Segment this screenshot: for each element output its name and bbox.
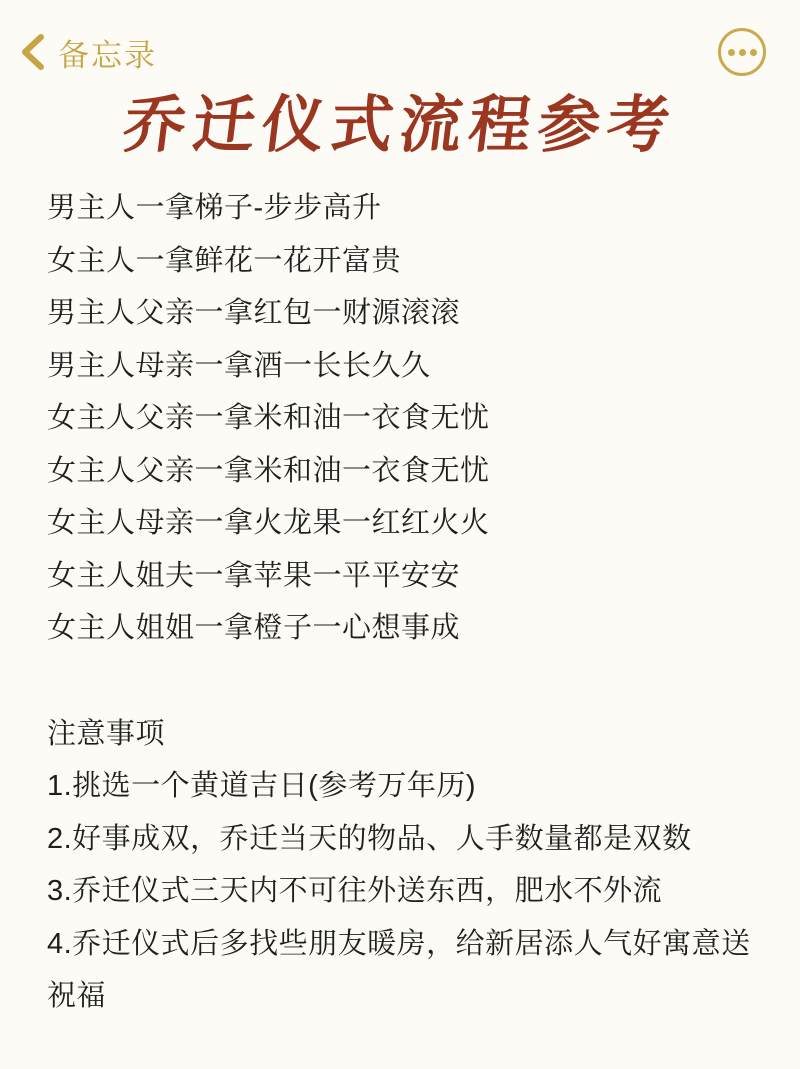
note-line: 女主人父亲一拿米和油一衣食无忧 <box>47 392 769 445</box>
ellipsis-circle-icon <box>728 49 757 56</box>
chevron-left-icon <box>20 33 46 71</box>
note-line: 男主人母亲一拿酒一长长久久 <box>47 340 769 393</box>
note-line: 女主人姐姐一拿橙子一心想事成 <box>47 602 769 655</box>
note-line: 4.乔迁仪式后多找些朋友暖房，给新居添人气好寓意送祝福 <box>47 918 769 1023</box>
back-button-label: 备忘录 <box>58 30 157 75</box>
page-title: 乔迁仪式流程参考 <box>0 90 800 162</box>
note-line: 男主人父亲一拿红包一财源滚滚 <box>47 287 769 340</box>
note-line: 女主人父亲一拿米和油一衣食无忧 <box>47 445 769 498</box>
notes-heading: 注意事项 <box>47 708 769 761</box>
note-line: 女主人母亲一拿火龙果一红红火火 <box>47 497 769 550</box>
back-button[interactable]: 备忘录 <box>20 30 157 75</box>
note-line: 2.好事成双，乔迁当天的物品、人手数量都是双数 <box>47 813 769 866</box>
note-line: 1.挑选一个黄道吉日(参考万年历) <box>47 760 769 813</box>
more-button[interactable] <box>718 28 766 76</box>
note-line: 男主人一拿梯子-步步高升 <box>47 182 769 235</box>
note-line: 女主人姐夫一拿苹果一平平安安 <box>47 550 769 603</box>
note-content[interactable]: 男主人一拿梯子-步步高升 女主人一拿鲜花一花开富贵 男主人父亲一拿红包一财源滚滚… <box>0 162 800 1023</box>
note-line: 3.乔迁仪式三天内不可往外送东西，肥水不外流 <box>47 865 769 918</box>
note-line: 女主人一拿鲜花一花开富贵 <box>47 235 769 288</box>
blank-line <box>47 655 769 708</box>
nav-bar: 备忘录 <box>0 0 800 80</box>
